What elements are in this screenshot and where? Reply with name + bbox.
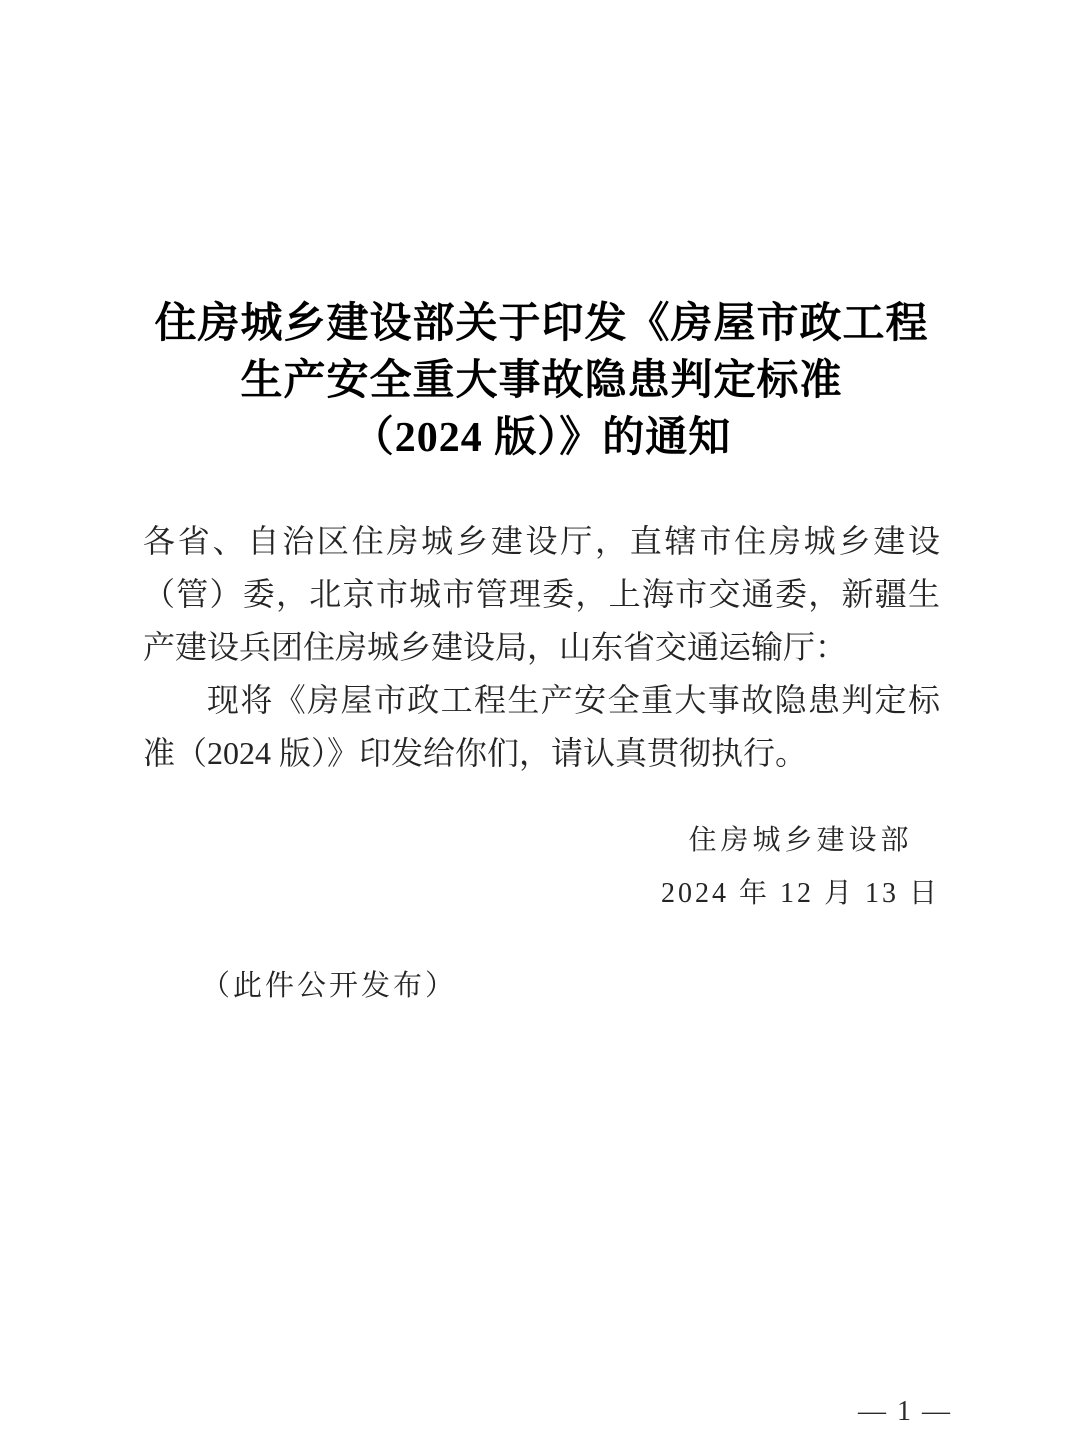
title-line-3: （2024 版）》的通知 — [352, 415, 732, 461]
addressees-paragraph: 各省、自治区住房城乡建设厅，直辖市住房城乡建设（管）委，北京市城市管理委，上海市… — [143, 515, 940, 674]
document-page: 住房城乡建设部关于印发《房屋市政工程 生产安全重大事故隐患判定标准 （2024 … — [0, 0, 1080, 1452]
signature-date: 2024 年 12 月 13 日 — [661, 867, 940, 920]
public-release-note: （此件公开发布） — [143, 966, 940, 1006]
document-title: 住房城乡建设部关于印发《房屋市政工程 生产安全重大事故隐患判定标准 （2024 … — [143, 0, 940, 467]
signature-inner: 住房城乡建设部 2024 年 12 月 13 日 — [661, 814, 940, 920]
signature-issuer: 住房城乡建设部 — [661, 814, 940, 867]
page-number: — 1 — — [858, 1396, 952, 1428]
signature-block: 住房城乡建设部 2024 年 12 月 13 日 — [143, 814, 940, 920]
title-line-2: 生产安全重大事故隐患判定标准 — [240, 358, 842, 404]
document-content: 住房城乡建设部关于印发《房屋市政工程 生产安全重大事故隐患判定标准 （2024 … — [143, 0, 940, 1006]
main-paragraph: 现将《房屋市政工程生产安全重大事故隐患判定标准（2024 版）》印发给你们，请认… — [143, 674, 940, 780]
title-line-1: 住房城乡建设部关于印发《房屋市政工程 — [154, 301, 928, 347]
